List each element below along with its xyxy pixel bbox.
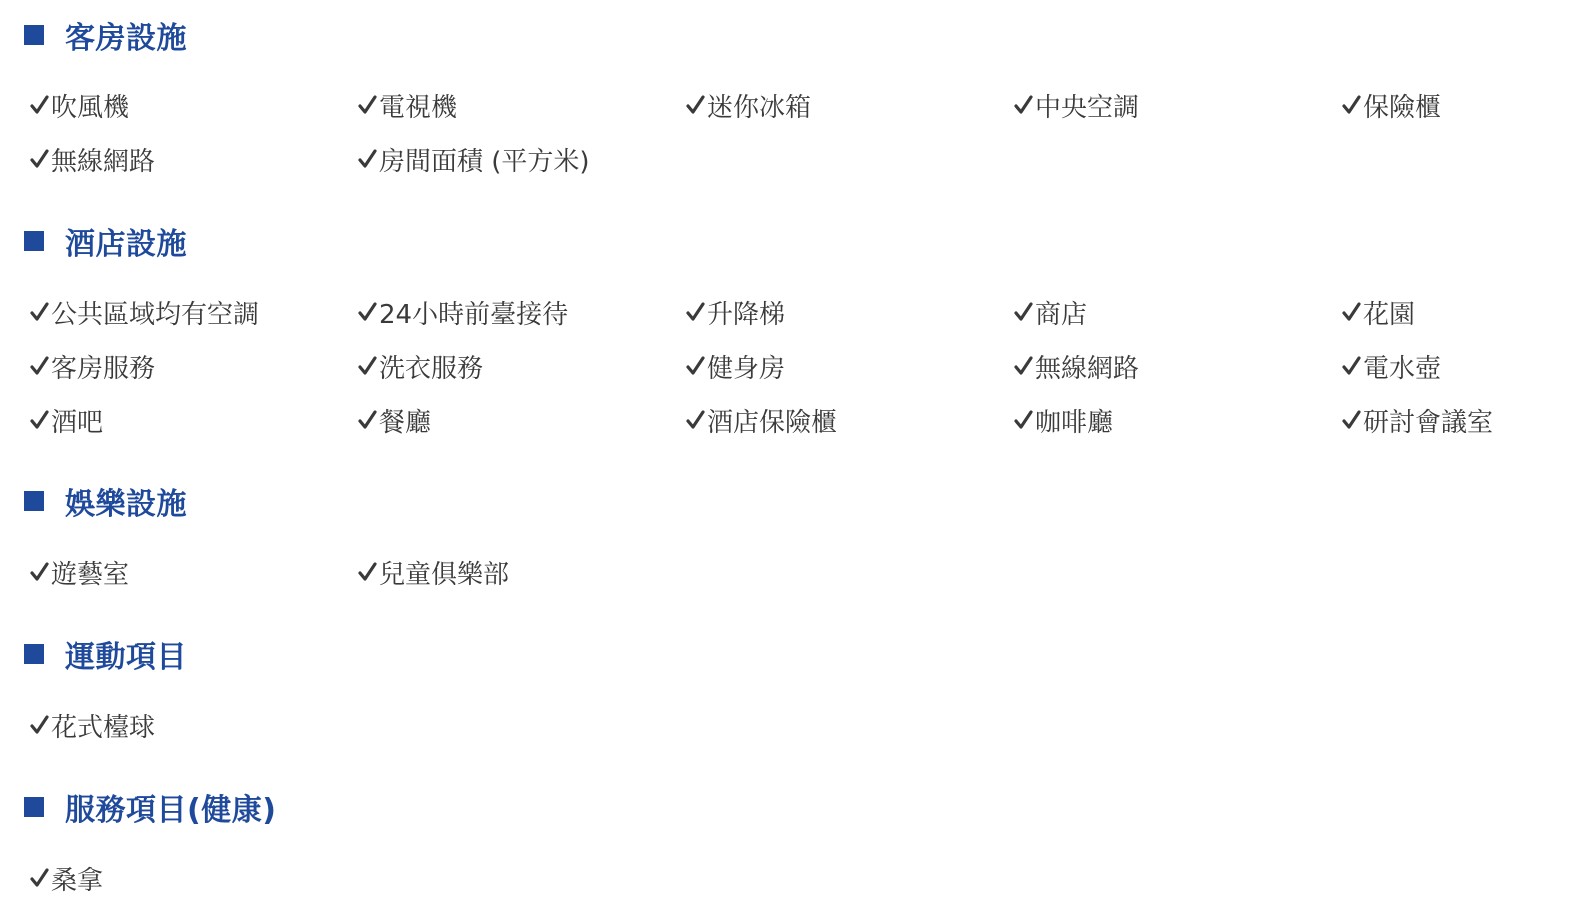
- facility-label: 迷你冰箱: [707, 87, 811, 124]
- facility-label: 商店: [1035, 294, 1087, 331]
- square-bullet-icon: [24, 231, 44, 251]
- facility-item: 兒童俱樂部: [358, 545, 686, 599]
- section-title: 客房設施: [65, 13, 187, 57]
- facility-label: 健身房: [707, 348, 785, 385]
- facility-label: 中央空調: [1035, 87, 1139, 124]
- checkmark-icon: [686, 354, 706, 378]
- checkmark-icon: [686, 408, 706, 432]
- facility-item: 酒店保險櫃: [686, 393, 1014, 447]
- checkmark-icon: [358, 93, 378, 117]
- facility-label: 酒吧: [51, 402, 103, 439]
- facility-item: 花園: [1342, 285, 1578, 339]
- facility-item: 研討會議室: [1342, 393, 1578, 447]
- section-heading: 娛樂設施: [24, 481, 187, 521]
- facility-item: 電視機: [358, 78, 686, 132]
- facility-item: 花式檯球: [30, 698, 358, 752]
- checkmark-icon: [30, 408, 50, 432]
- facility-item: 24小時前臺接待: [358, 285, 686, 339]
- checkmark-icon: [358, 408, 378, 432]
- section-heading: 酒店設施: [24, 221, 187, 261]
- checkmark-icon: [686, 93, 706, 117]
- facility-label: 洗衣服務: [379, 348, 483, 385]
- square-bullet-icon: [24, 797, 44, 817]
- checkmark-icon: [30, 354, 50, 378]
- checkmark-icon: [1342, 93, 1362, 117]
- facility-item: 房間面積 (平方米): [358, 132, 686, 186]
- section-heading: 運動項目: [24, 634, 187, 674]
- facility-label: 花園: [1363, 294, 1415, 331]
- checkmark-icon: [1342, 408, 1362, 432]
- section-heading: 客房設施: [24, 15, 187, 55]
- checkmark-icon: [30, 93, 50, 117]
- checkmark-icon: [358, 354, 378, 378]
- facility-item: 商店: [1014, 285, 1342, 339]
- checkmark-icon: [358, 560, 378, 584]
- facility-item: 桑拿: [30, 851, 358, 905]
- checkmark-icon: [1342, 300, 1362, 324]
- facility-list: 吹風機 電視機 迷你冰箱 中央空調 保險櫃 無線網路 房間面積 (平方米): [30, 78, 1570, 186]
- facility-label: 遊藝室: [51, 554, 129, 591]
- facility-item: 中央空調: [1014, 78, 1342, 132]
- square-bullet-icon: [24, 491, 44, 511]
- section-title: 服務項目(健康): [65, 785, 276, 829]
- checkmark-icon: [686, 300, 706, 324]
- facility-list: 遊藝室 兒童俱樂部: [30, 545, 1570, 599]
- checkmark-icon: [1342, 354, 1362, 378]
- checkmark-icon: [30, 300, 50, 324]
- facility-list: 花式檯球: [30, 698, 1570, 752]
- facility-item: 咖啡廳: [1014, 393, 1342, 447]
- facility-label: 保險櫃: [1363, 87, 1441, 124]
- section-title: 酒店設施: [65, 219, 187, 263]
- facility-item: 無線網路: [1014, 339, 1342, 393]
- facility-item: 保險櫃: [1342, 78, 1578, 132]
- facility-label: 客房服務: [51, 348, 155, 385]
- facility-item: 客房服務: [30, 339, 358, 393]
- facility-list: 桑拿: [30, 851, 1570, 905]
- facility-label: 房間面積 (平方米): [379, 141, 590, 178]
- facility-item: 酒吧: [30, 393, 358, 447]
- facility-item: 升降梯: [686, 285, 1014, 339]
- checkmark-icon: [1014, 93, 1034, 117]
- facility-label: 無線網路: [1035, 348, 1139, 385]
- checkmark-icon: [1014, 300, 1034, 324]
- facility-item: 洗衣服務: [358, 339, 686, 393]
- checkmark-icon: [1014, 354, 1034, 378]
- square-bullet-icon: [24, 25, 44, 45]
- facility-label: 咖啡廳: [1035, 402, 1113, 439]
- square-bullet-icon: [24, 644, 44, 664]
- checkmark-icon: [1014, 408, 1034, 432]
- section-title: 運動項目: [65, 632, 187, 676]
- checkmark-icon: [358, 147, 378, 171]
- facility-item: 無線網路: [30, 132, 358, 186]
- facility-item: 吹風機: [30, 78, 358, 132]
- checkmark-icon: [30, 713, 50, 737]
- facility-label: 研討會議室: [1363, 402, 1493, 439]
- facility-item: 健身房: [686, 339, 1014, 393]
- facility-item: 電水壺: [1342, 339, 1578, 393]
- section-title: 娛樂設施: [65, 479, 187, 523]
- facility-label: 桑拿: [51, 860, 103, 897]
- facility-item: 餐廳: [358, 393, 686, 447]
- facilities-page: 客房設施 吹風機 電視機 迷你冰箱 中央空調 保險櫃 無線網路 房間面積 (平方…: [0, 0, 1578, 918]
- facility-label: 電視機: [379, 87, 457, 124]
- facility-label: 24小時前臺接待: [379, 294, 568, 331]
- facility-label: 吹風機: [51, 87, 129, 124]
- checkmark-icon: [358, 300, 378, 324]
- section-heading: 服務項目(健康): [24, 787, 276, 827]
- facility-label: 無線網路: [51, 141, 155, 178]
- facility-label: 兒童俱樂部: [379, 554, 509, 591]
- facility-label: 餐廳: [379, 402, 431, 439]
- facility-label: 電水壺: [1363, 348, 1441, 385]
- facility-label: 花式檯球: [51, 707, 155, 744]
- checkmark-icon: [30, 560, 50, 584]
- facility-label: 酒店保險櫃: [707, 402, 837, 439]
- facility-label: 公共區域均有空調: [51, 294, 259, 331]
- checkmark-icon: [30, 147, 50, 171]
- facility-item: 公共區域均有空調: [30, 285, 358, 339]
- facility-item: 遊藝室: [30, 545, 358, 599]
- facility-list: 公共區域均有空調 24小時前臺接待 升降梯 商店 花園 客房服務 洗衣服務 健身…: [30, 285, 1570, 447]
- facility-item: 迷你冰箱: [686, 78, 1014, 132]
- checkmark-icon: [30, 866, 50, 890]
- facility-label: 升降梯: [707, 294, 785, 331]
